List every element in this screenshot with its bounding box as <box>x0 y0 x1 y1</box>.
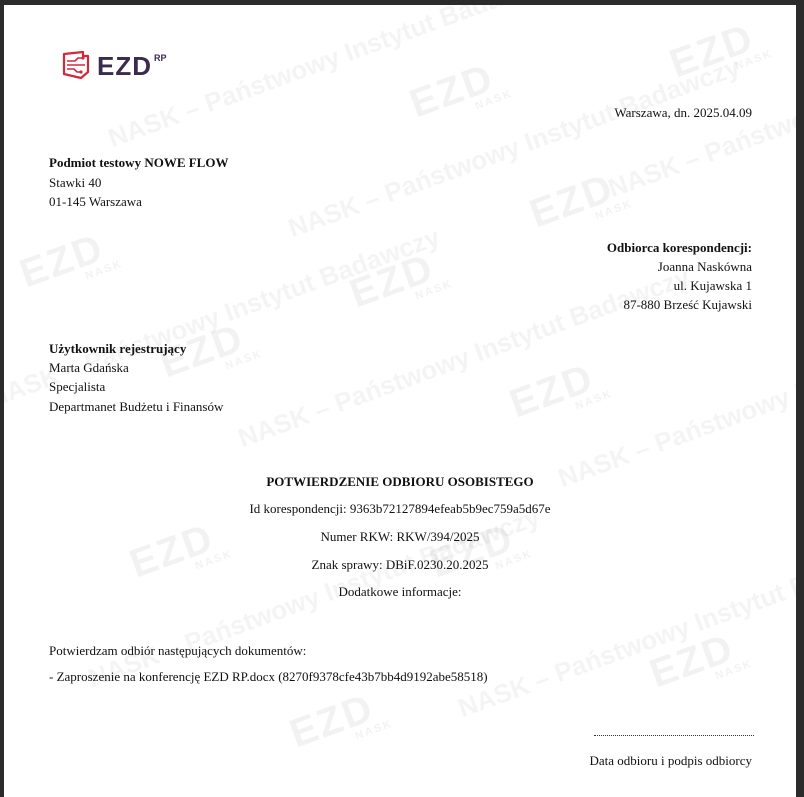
registrar-department: Departmanet Budżetu i Finansów <box>49 397 223 417</box>
document-title: POTWIERDZENIE ODBIORU OSOBISTEGO <box>4 472 796 492</box>
registrar-position: Specjalista <box>49 377 105 397</box>
watermark-logo: EZDNASK <box>424 511 535 593</box>
registrar-heading: Użytkownik rejestrujący <box>49 339 186 359</box>
watermark-logo: EZDNASK <box>504 351 615 433</box>
watermark-logo: EZDNASK <box>284 681 395 763</box>
watermark-text: NASK – Państwowy Instytut Badawczy <box>284 51 744 244</box>
recipient-street: ul. Kujawska 1 <box>674 276 752 296</box>
watermark-logo: EZDNASK <box>404 51 515 133</box>
watermark-logo: EZDNASK <box>644 621 755 703</box>
watermark-logo: EZDNASK <box>14 221 125 303</box>
recipient-heading: Odbiorca korespondencji: <box>607 238 752 258</box>
document-page: NASK – Państwowy Instytut Badawczy NASK … <box>4 5 796 797</box>
additional-info: Dodatkowe informacje: <box>4 582 796 602</box>
correspondence-id: Id korespondencji: 9363b72127894efeab5b9… <box>4 499 796 519</box>
watermark-logo: EZDNASK <box>664 11 775 93</box>
ezd-rp-logo: EZD RP <box>61 50 167 82</box>
date-line: Warszawa, dn. 2025.04.09 <box>614 103 752 123</box>
logo-wordmark: EZD <box>97 50 152 82</box>
ezd-shield-icon <box>61 50 91 80</box>
signature-line <box>594 735 754 736</box>
recipient-city: 87-880 Brześć Kujawski <box>623 295 752 315</box>
watermark-text: NASK – Państwowy Instytut Badawczy <box>104 5 564 154</box>
watermark-logo: EZDNASK <box>524 161 635 243</box>
registrar-name: Marta Gdańska <box>49 358 129 378</box>
watermark-text: NASK – Państwowy Instytut Badawczy <box>234 261 694 454</box>
sender-name: Podmiot testowy NOWE FLOW <box>49 153 228 173</box>
watermark-logo: EZDNASK <box>344 241 455 323</box>
signature-label: Data odbioru i podpis odbiorcy <box>590 751 752 771</box>
sender-street: Stawki 40 <box>49 173 101 193</box>
sender-city: 01-145 Warszawa <box>49 192 142 212</box>
recipient-name: Joanna Naskówna <box>658 257 752 277</box>
confirmation-intro: Potwierdzam odbiór następujących dokumen… <box>49 641 306 661</box>
logo-superscript: RP <box>154 53 167 63</box>
case-mark: Znak sprawy: DBiF.0230.20.2025 <box>4 555 796 575</box>
rkw-number: Numer RKW: RKW/394/2025 <box>4 527 796 547</box>
watermark-logo: EZDNASK <box>124 511 235 593</box>
confirmation-item: - Zaproszenie na konferencję EZD RP.docx… <box>49 667 488 687</box>
watermark-text: NASK – Państwowy Instytut Badawczy <box>554 301 796 494</box>
